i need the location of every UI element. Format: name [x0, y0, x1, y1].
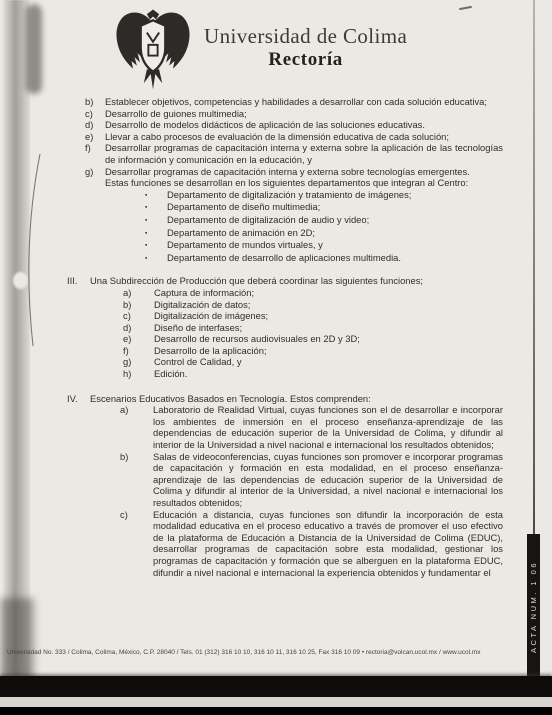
item-letter: b): [123, 299, 154, 311]
item-letter: d): [123, 322, 154, 334]
department-item: ▪Departamento de digitalización y tratam…: [145, 189, 503, 202]
document-body: b)Establecer objetivos, competencias y h…: [67, 96, 503, 578]
department-item: ▪Departamento de mundos virtuales, y: [145, 239, 503, 252]
department-item: ▪Departamento de diseño multimedia;: [145, 201, 503, 214]
intro-item: g)Desarrollar programas de capacitación …: [85, 166, 503, 178]
section-iv-heading: IV. Escenarios Educativos Basados en Tec…: [67, 393, 503, 405]
departments-list: ▪Departamento de digitalización y tratam…: [67, 189, 503, 265]
item-text: Digitalización de datos;: [154, 299, 503, 311]
item-text: Desarrollo de modelos didácticos de apli…: [105, 119, 503, 131]
function-item: d)Diseño de interfases;: [123, 322, 503, 334]
section-iv-title: Escenarios Educativos Basados en Tecnolo…: [90, 393, 503, 405]
acta-number-tab: ACTA NUM. 1 06: [527, 534, 540, 680]
item-text: Desarrollar programas de capacitación in…: [105, 166, 503, 178]
function-item: a)Captura de información;: [123, 287, 503, 299]
item-letter: b): [85, 96, 105, 108]
header-text: Universidad de Colima Rectoría: [204, 8, 407, 71]
item-text: Desarrollo de la aplicación;: [154, 345, 503, 357]
office-title: Rectoría: [204, 49, 407, 71]
department-item: ▪Departamento de animación en 2D;: [145, 227, 503, 240]
item-text: Desarrollo de recursos audiovisuales en …: [154, 333, 503, 345]
footer-contact-line: Universidad No. 333 / Colima, Colima, Mé…: [7, 649, 547, 657]
item-letter: d): [85, 119, 105, 131]
university-name: Universidad de Colima: [204, 24, 407, 48]
intro-list: b)Establecer objetivos, competencias y h…: [67, 96, 503, 177]
square-bullet-icon: ▪: [145, 252, 167, 265]
function-item: b)Digitalización de datos;: [123, 299, 503, 311]
function-item: h)Edición.: [123, 368, 503, 380]
university-crest-icon: [114, 8, 192, 94]
scan-band-bottom: [0, 676, 552, 697]
item-letter: c): [85, 108, 105, 120]
item-text: Llevar a cabo procesos de evaluación de …: [105, 131, 503, 143]
intro-item: e)Llevar a cabo procesos de evaluación d…: [85, 131, 503, 143]
square-bullet-icon: ▪: [145, 189, 167, 202]
item-letter: h): [123, 368, 154, 380]
item-letter: c): [120, 509, 153, 579]
subdireccion-functions-list: a)Captura de información;b)Digitalizació…: [67, 287, 503, 380]
item-text: Captura de información;: [154, 287, 503, 299]
section-iv: IV. Escenarios Educativos Basados en Tec…: [67, 393, 503, 579]
intro-item: d)Desarrollo de modelos didácticos de ap…: [85, 119, 503, 131]
item-letter: e): [123, 333, 154, 345]
scenarios-list: a)Laboratorio de Realidad Virtual, cuyas…: [67, 404, 503, 578]
department-text: Departamento de diseño multimedia;: [167, 201, 503, 214]
item-letter: g): [85, 166, 105, 178]
item-text: Laboratorio de Realidad Virtual, cuyas f…: [153, 404, 503, 450]
function-item: g)Control de Calidad, y: [123, 356, 503, 368]
intro-item: b)Establecer objetivos, competencias y h…: [85, 96, 503, 108]
scan-band-gap: [0, 697, 552, 707]
section-iv-number: IV.: [67, 393, 90, 405]
item-text: Edición.: [154, 368, 503, 380]
function-item: e)Desarrollo de recursos audiovisuales e…: [123, 333, 503, 345]
square-bullet-icon: ▪: [145, 201, 167, 214]
pen-stroke-artifact: [18, 150, 48, 350]
department-text: Departamento de animación en 2D;: [167, 227, 503, 240]
department-item: ▪Departamento de desarrollo de aplicacio…: [145, 252, 503, 265]
item-letter: e): [85, 131, 105, 143]
scenario-paragraph: b)Salas de videoconferencias, cuyas func…: [120, 451, 503, 509]
item-letter: b): [120, 451, 153, 509]
document-header: Universidad de Colima Rectoría: [114, 8, 407, 94]
item-text: Desarrollo de guiones multimedia;: [105, 108, 503, 120]
item-text: Desarrollar programas de capacitación in…: [105, 142, 503, 165]
item-text: Educación a distancia, cuyas funciones s…: [153, 509, 503, 579]
item-letter: f): [85, 142, 105, 165]
section-iii-title: Una Subdirección de Producción que deber…: [90, 275, 503, 287]
intro-item: c)Desarrollo de guiones multimedia;: [85, 108, 503, 120]
acta-number-text: ACTA NUM. 1 06: [529, 561, 538, 653]
department-item: ▪Departamento de digitalización de audio…: [145, 214, 503, 227]
item-text: Diseño de interfases;: [154, 322, 503, 334]
scan-strip-bottom: [0, 707, 552, 715]
section-iii: III. Una Subdirección de Producción que …: [67, 275, 503, 379]
scan-streak-top-left: [26, 4, 42, 94]
item-letter: a): [120, 404, 153, 450]
department-text: Departamento de desarrollo de aplicacion…: [167, 252, 503, 265]
square-bullet-icon: ▪: [145, 239, 167, 252]
item-text: Digitalización de imágenes;: [154, 310, 503, 322]
department-text: Departamento de mundos virtuales, y: [167, 239, 503, 252]
square-bullet-icon: ▪: [145, 227, 167, 240]
section-iii-heading: III. Una Subdirección de Producción que …: [67, 275, 503, 287]
square-bullet-icon: ▪: [145, 214, 167, 227]
departments-intro-text: Estas funciones se desarrollan en los si…: [105, 177, 498, 189]
department-text: Departamento de digitalización de audio …: [167, 214, 503, 227]
item-text: Salas de videoconferencias, cuyas funcio…: [153, 451, 503, 509]
item-text: Establecer objetivos, competencias y hab…: [105, 96, 503, 108]
scenario-paragraph: c)Educación a distancia, cuyas funciones…: [120, 509, 503, 579]
section-iii-number: III.: [67, 275, 90, 287]
scan-dash-top-right: [459, 6, 472, 10]
item-letter: g): [123, 356, 154, 368]
department-text: Departamento de digitalización y tratami…: [167, 189, 503, 202]
scenario-paragraph: a)Laboratorio de Realidad Virtual, cuyas…: [120, 404, 503, 450]
item-text: Control de Calidad, y: [154, 356, 503, 368]
function-item: c)Digitalización de imágenes;: [123, 310, 503, 322]
intro-item: f)Desarrollar programas de capacitación …: [85, 142, 503, 165]
item-letter: a): [123, 287, 154, 299]
item-letter: c): [123, 310, 154, 322]
item-letter: f): [123, 345, 154, 357]
function-item: f)Desarrollo de la aplicación;: [123, 345, 503, 357]
scanned-document-page: Universidad de Colima Rectoría b)Estable…: [0, 0, 552, 715]
